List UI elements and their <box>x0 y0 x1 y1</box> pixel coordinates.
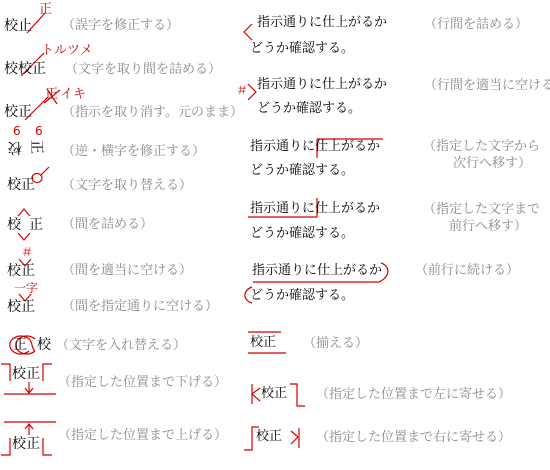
iki-label: イキ <box>60 88 86 103</box>
note-text: （間を詰める） <box>62 218 153 233</box>
note-text: 次行へ移す） <box>453 157 531 172</box>
sample-line: 指示通りに仕上がるか <box>250 202 380 217</box>
note-text: （間を指定通りに空ける） <box>62 300 218 315</box>
note-text: （文字を取り替える） <box>62 179 192 194</box>
note-text: （指定した位置まで上げる） <box>58 429 227 444</box>
invert-mark-label: 6 <box>13 125 21 139</box>
cancelled-correction-label: 正 <box>45 88 58 103</box>
sample-line: どうか確認する。 <box>257 102 361 117</box>
sample-text: 校校正 <box>4 61 46 77</box>
sample-char: 校 <box>37 337 51 353</box>
close-line-space-chevron <box>244 24 252 40</box>
note-text: （行間を適当に空ける） <box>424 79 550 94</box>
note-text: （指定した位置まで右に寄せる） <box>316 431 511 446</box>
sample-text: 校正 <box>250 336 276 351</box>
sample-text: 校正 <box>256 430 282 445</box>
sample-text: 校正 <box>4 104 32 120</box>
note-text: （文字を入れ替える） <box>56 339 186 354</box>
inverted-char: 校 <box>8 139 22 155</box>
note-text: 前行へ移す） <box>449 220 527 235</box>
sample-line: どうか確認する。 <box>250 227 354 242</box>
sample-text: 校正 <box>7 299 35 315</box>
sample-line: 指示通りに仕上がるか <box>257 16 387 31</box>
note-text: （前行に続ける） <box>415 264 519 279</box>
note-text: （揃える） <box>303 337 368 352</box>
note-text: （誤字を修正する） <box>62 19 179 34</box>
open-line-space-chevron <box>248 84 256 100</box>
sample-text: 校正 <box>12 436 40 452</box>
sample-line: どうか確認する。 <box>250 164 354 179</box>
note-text: （間を適当に空ける） <box>62 264 192 279</box>
sample-char: 校 <box>7 217 21 233</box>
sample-text: 校止 <box>4 18 32 34</box>
sample-text: 校正 <box>7 263 35 279</box>
ichiji-space-label: 一字 <box>14 282 38 296</box>
note-text: （逆・横字を修正する） <box>62 145 205 160</box>
sample-line: どうか確認する。 <box>250 289 354 304</box>
sample-text: 校正 <box>7 177 35 193</box>
correction-label: 正 <box>39 3 52 18</box>
note-text: （行間を詰める） <box>424 18 528 33</box>
sample-text: 校正 <box>12 366 40 382</box>
sample-line: 指示通りに仕上がるか <box>257 78 387 93</box>
proofreading-marks-chart: { "colors": { "mark_red": "#d40000", "te… <box>0 0 550 470</box>
note-text: （指示を取り消す。元のまま） <box>62 106 243 121</box>
sample-text: 校正 <box>261 387 287 402</box>
sideways-char: 正 <box>28 140 44 154</box>
note-text: （文字を取り間を詰める） <box>65 63 221 78</box>
note-text: （指定した文字まで <box>423 203 540 218</box>
sample-char: 正 <box>13 337 27 353</box>
note-text: （指定した位置まで下げる） <box>58 376 227 391</box>
sample-line: 指示通りに仕上がるか <box>252 264 382 279</box>
hash-space-label: ＃ <box>21 246 33 260</box>
sample-line: どうか確認する。 <box>250 42 354 57</box>
torutsume-label: トルツメ <box>41 44 93 59</box>
invert-mark-label: 6 <box>35 125 43 139</box>
note-text: （指定した文字から <box>423 140 540 155</box>
note-text: （指定した位置まで左に寄せる） <box>316 388 511 403</box>
sample-char: 正 <box>29 217 43 233</box>
sample-line: 指示通りに仕上がるか <box>250 140 380 155</box>
hash-line-space-label: ＃ <box>236 84 248 98</box>
